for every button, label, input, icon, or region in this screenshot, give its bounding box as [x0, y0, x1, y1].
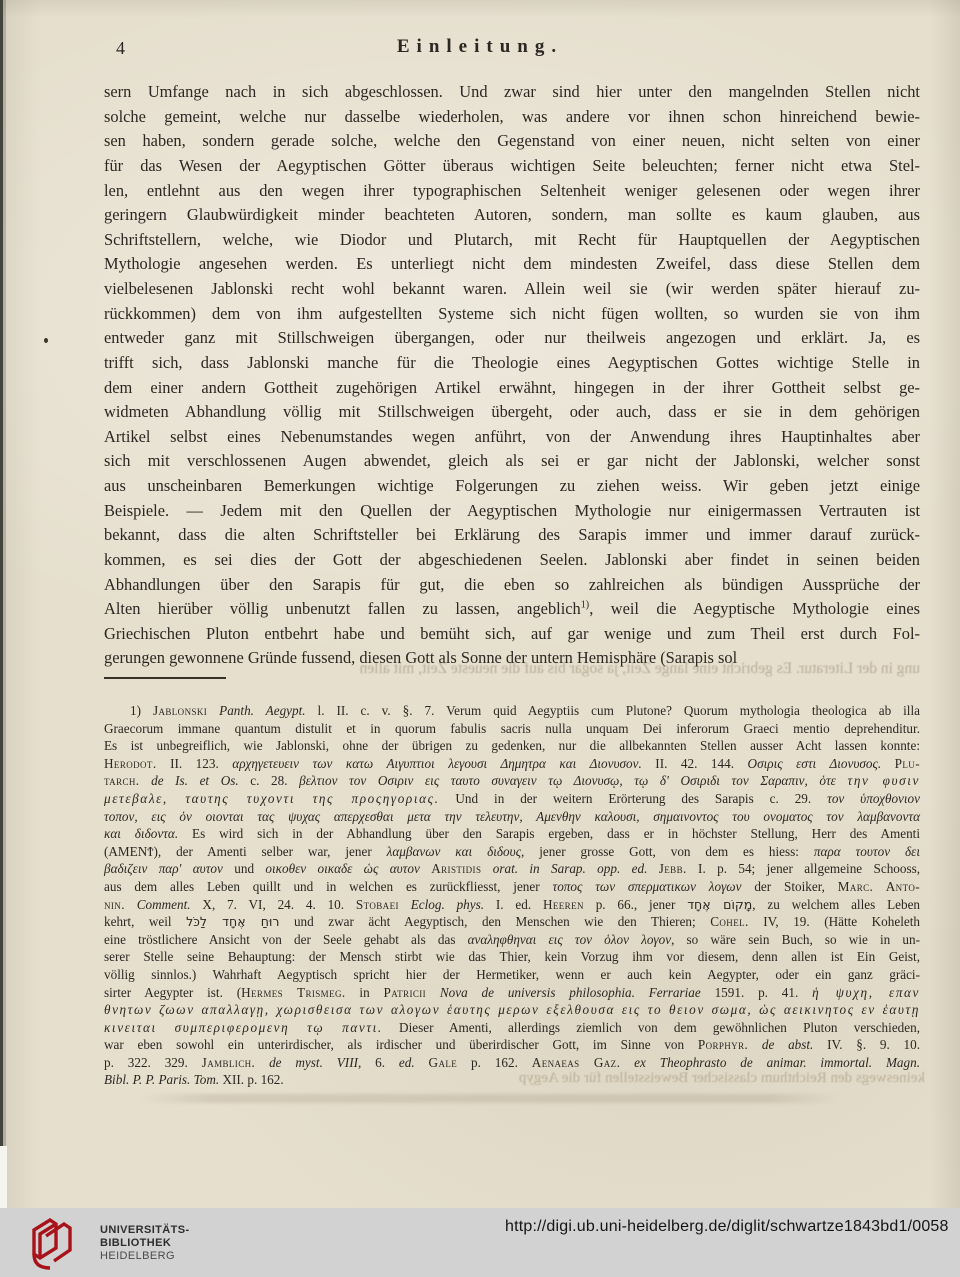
text-line: bekannt, dass die alten Schriftsteller b…	[104, 523, 920, 548]
running-title: Einleitung.	[0, 36, 960, 58]
text-line: dem einer andern Gottheit zugehörigen Ar…	[104, 376, 920, 401]
text-line: Graecorum immane quantum distulit et in …	[104, 720, 920, 738]
text-line: aus dem alles Leben quillt und in welche…	[104, 878, 920, 896]
text-line: Schriftstellern, welche, wie Diodor und …	[104, 228, 920, 253]
text-line: Griechischen Pluton entbehrt habe und be…	[104, 622, 920, 647]
text-line: 1) Jablonski Panth. Aegypt. l. II. c. v.…	[104, 702, 920, 720]
text-line: vielbelesenen Jablonski recht wohl bekan…	[104, 277, 920, 302]
body-text: sern Umfange nach in sich abgeschlossen.…	[104, 80, 920, 671]
text-line: kehrt, weil רוּחַ אֶחָד לַכֹּל und zwar …	[104, 913, 920, 931]
show-through-text: ung in der Literatur. Es gebricht eine l…	[110, 660, 920, 678]
logo-line-1: UNIVERSITÄTS-	[100, 1224, 190, 1237]
text-line: geringern Glaubwürdigkeit minder beachte…	[104, 203, 920, 228]
footnote-separator	[104, 677, 226, 679]
text-line: Es ist unbegreiflich, wie Jablonski, ohn…	[104, 737, 920, 755]
show-through-text: keineswegs den Reichthum classischer Bew…	[110, 1070, 925, 1087]
scan-source-url: http://digi.ub.uni-heidelberg.de/diglit/…	[505, 1218, 949, 1236]
heidelberg-library-books-icon	[20, 1214, 86, 1272]
page-header: 4 Einleitung.	[0, 36, 960, 64]
text-line: βαδιζειν παρ' αυτον und οικοθεν οικαδε ὡ…	[104, 860, 920, 878]
text-line: Alten hierüber völlig unbenutzt fallen z…	[104, 597, 920, 622]
logo-line-3: HEIDELBERG	[100, 1250, 190, 1263]
text-line: kommen, es sei dies der Gott der abgesch…	[104, 548, 920, 573]
text-line: sern Umfange nach in sich abgeschlossen.…	[104, 80, 920, 105]
text-line: sen haben, sondern gerade solche, welche…	[104, 129, 920, 154]
digitization-footer-bar: UNIVERSITÄTS- BIBLIOTHEK HEIDELBERG http…	[0, 1208, 960, 1277]
text-line: für das Wesen der Aegyptischen Götter üb…	[104, 154, 920, 179]
text-line: p. 322. 329. Jamblich. de myst. VIII, 6.…	[104, 1054, 920, 1072]
text-line: solche gemeint, welche nur dasselbe wied…	[104, 105, 920, 130]
text-line: widmeten Abhandlung völlig mit Stillschw…	[104, 400, 920, 425]
text-line: μετεβαλε, ταυτης τυχοντι της προςηγοριας…	[104, 790, 920, 808]
text-line: len, entlehnt aus den wegen ihrer typogr…	[104, 179, 920, 204]
show-through-blur	[140, 1094, 840, 1103]
text-line: και διδοντα. Es wird sich in der Abhandl…	[104, 825, 920, 843]
text-line: trifft sich, dass Jablonski manche für d…	[104, 351, 920, 376]
scanned-book-page: 4 Einleitung. sern Umfange nach in sich …	[0, 0, 960, 1277]
text-line: (ΑΜΕΝϮ), der Amenti selber war, jener λα…	[104, 843, 920, 861]
text-line: τοπον, εις ὁν οιονται τας ψυχας απερχεσθ…	[104, 808, 920, 826]
text-line: θνητων ζωων απαλλαγῃ, χωρισθεισα των αλο…	[104, 1001, 920, 1019]
text-line: nin. Comment. X, 7. VI, 24. 4. 10. Stoba…	[104, 896, 920, 914]
text-line: völlig sinnlos.) Wahrhaft Aegyptisch spr…	[104, 966, 920, 984]
text-line: serer Stelle seine Behauptung: der Mensc…	[104, 948, 920, 966]
text-line: aus unscheinbaren Bemerkungen wichtige F…	[104, 474, 920, 499]
text-line: eine tröstlichere Ansicht von der Seele …	[104, 931, 920, 949]
text-line: Abhandlungen über den Sarapis für gut, d…	[104, 573, 920, 598]
text-line: Mythologie angesehen werden. Es unterlie…	[104, 252, 920, 277]
text-line: Herodot. II. 123. αρχηγετευειν των κατω …	[104, 755, 920, 773]
text-line: κινειται συμπεριφερομενη τῳ παντι. Diese…	[104, 1019, 920, 1037]
text-line: tarch. de Is. et Os. c. 28. βελτιον τον …	[104, 772, 920, 790]
logo-line-2: BIBLIOTHEK	[100, 1237, 190, 1250]
text-line: entweder ganz mit Stillschweigen übergan…	[104, 326, 920, 351]
text-line: war eben sowohl ein unterirdischer, als …	[104, 1036, 920, 1054]
text-line: Artikel selbst eines Nebenumstandes wege…	[104, 425, 920, 450]
text-line: sirter Aegypter ist. (Hermes Trismeg. in…	[104, 984, 920, 1002]
library-logo-text: UNIVERSITÄTS- BIBLIOTHEK HEIDELBERG	[100, 1224, 190, 1263]
text-line: sich mit verschlossenen Augen abwendet, …	[104, 449, 920, 474]
ink-speck	[44, 338, 48, 343]
scan-edge-highlight	[0, 1146, 7, 1208]
text-line: rückkommen) dem von ihm aufgestellten Sy…	[104, 302, 920, 327]
text-line: Beispiele. — Jedem mit den Quellen der A…	[104, 499, 920, 524]
footnote-text: 1) Jablonski Panth. Aegypt. l. II. c. v.…	[104, 702, 920, 1089]
scan-edge-shadow-soft	[3, 0, 6, 1208]
